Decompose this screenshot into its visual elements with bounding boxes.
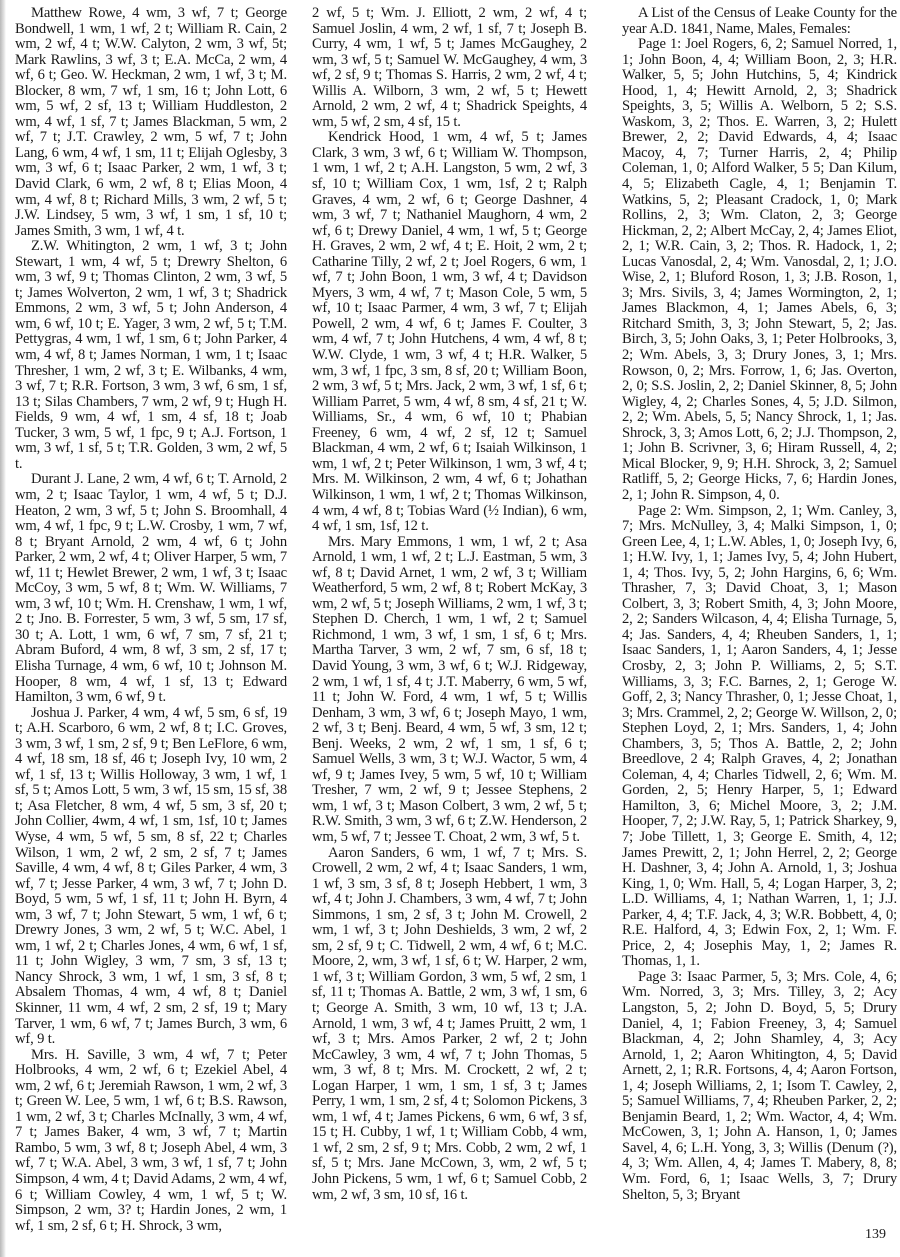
- text-column-right: A List of the Census of Leake County for…: [622, 6, 897, 1203]
- document-page: Matthew Rowe, 4 wm, 3 wf, 7 t; George Bo…: [0, 0, 900, 1257]
- paragraph: Matthew Rowe, 4 wm, 3 wf, 7 t; George Bo…: [15, 6, 287, 239]
- paragraph: Mrs. Mary Emmons, 1 wm, 1 wf, 2 t; Asa A…: [312, 535, 587, 846]
- paragraph: Durant J. Lane, 2 wm, 4 wf, 6 t; T. Arno…: [15, 472, 287, 705]
- paragraph: Mrs. H. Saville, 3 wm, 4 wf, 7 t; Peter …: [15, 1048, 287, 1235]
- paragraph: Page 1: Joel Rogers, 6, 2; Samuel Norred…: [622, 37, 897, 503]
- paragraph: 2 wf, 5 t; Wm. J. Elliott, 2 wm, 2 wf, 4…: [312, 6, 587, 130]
- paragraph: Page 2: Wm. Simpson, 2, 1; Wm. Canley, 3…: [622, 504, 897, 970]
- paragraph: Z.W. Whitington, 2 wm, 1 wf, 3 t; John S…: [15, 239, 287, 472]
- paragraph: Page 3: Isaac Parmer, 5, 3; Mrs. Cole, 4…: [622, 970, 897, 1203]
- paragraph: Kendrick Hood, 1 wm, 4 wf, 5 t; James Cl…: [312, 130, 587, 534]
- text-column-left: Matthew Rowe, 4 wm, 3 wf, 7 t; George Bo…: [15, 6, 287, 1234]
- page-number: 139: [865, 1227, 886, 1243]
- census-heading: A List of the Census of Leake County for…: [622, 6, 897, 37]
- text-column-middle: 2 wf, 5 t; Wm. J. Elliott, 2 wm, 2 wf, 4…: [312, 6, 587, 1203]
- paragraph: Joshua J. Parker, 4 wm, 4 wf, 5 sm, 6 sf…: [15, 706, 287, 1048]
- paragraph: Aaron Sanders, 6 wm, 1 wf, 7 t; Mrs. S. …: [312, 846, 587, 1204]
